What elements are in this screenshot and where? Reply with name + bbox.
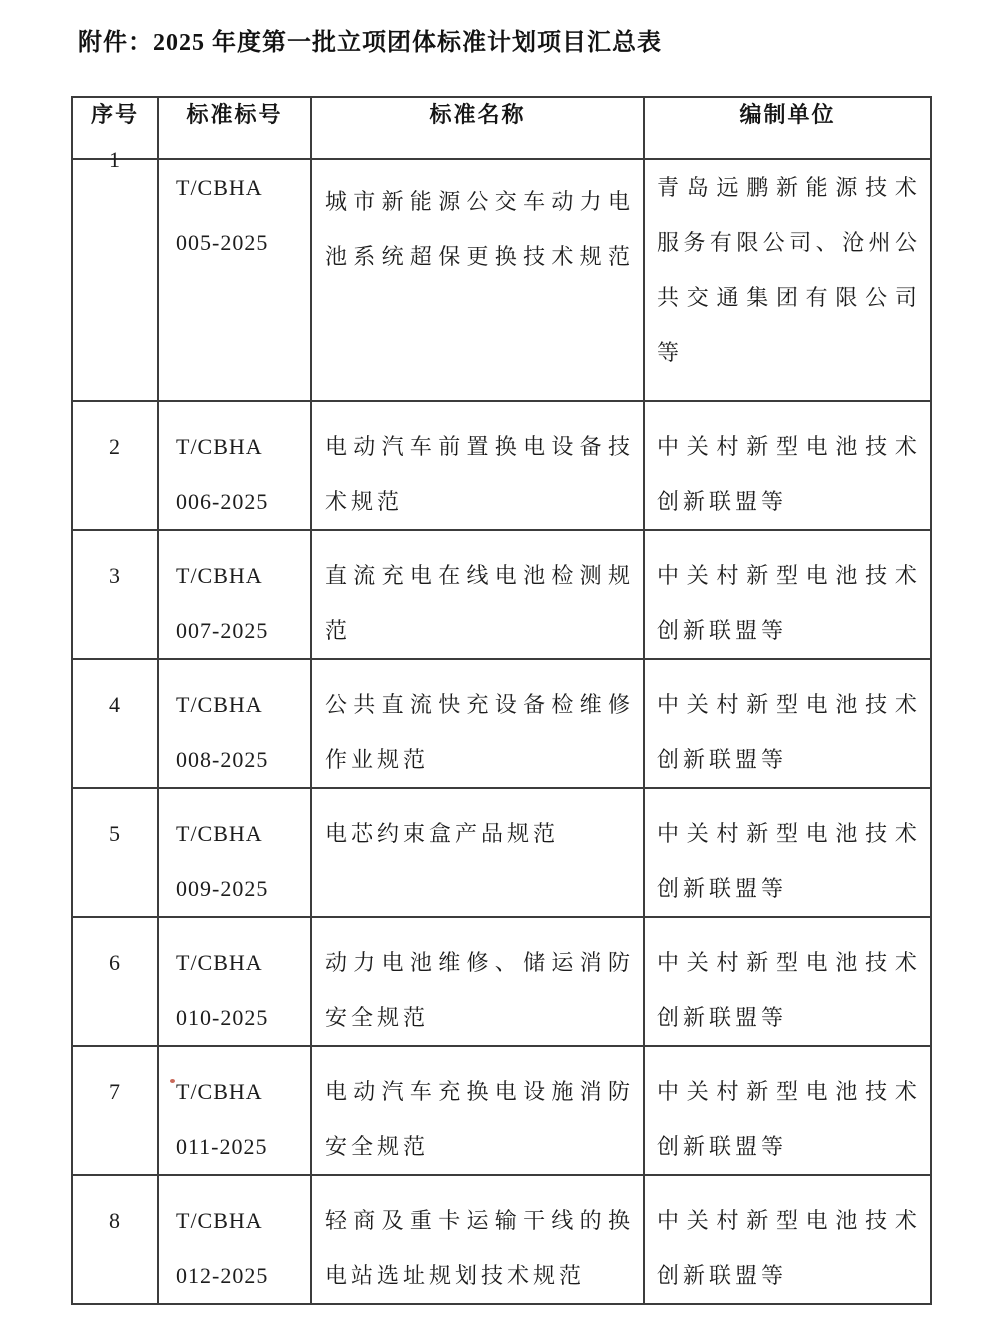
- cell-code: T/CBHA008-2025: [158, 659, 311, 788]
- cell-code: T/CBHA011-2025: [158, 1046, 311, 1175]
- cell-text-line: 中关村新型电池技术: [657, 1064, 917, 1119]
- cell-code: T/CBHA012-2025: [158, 1175, 311, 1304]
- cell-unit: 中关村新型电池技术创新联盟等: [644, 1046, 931, 1175]
- cell-text-line: 2: [109, 419, 121, 474]
- table-row: 3T/CBHA007-2025直流充电在线电池检测规范中关村新型电池技术创新联盟…: [72, 530, 931, 659]
- cell-text-line: 青岛远鹏新能源技术: [657, 160, 917, 215]
- header-drafting-unit: 编制单位: [644, 97, 931, 159]
- cell-text-line: T/CBHA: [176, 1193, 304, 1248]
- cell-text-line: 作业规范: [325, 732, 630, 787]
- table-row: 1T/CBHA005-2025城市新能源公交车动力电池系统超保更换技术规范青岛远…: [72, 159, 931, 401]
- table-header-row: 序号 标准标号 标准名称 编制单位: [72, 97, 931, 159]
- scan-artifact-dot: [170, 1079, 175, 1083]
- header-standard-name: 标准名称: [311, 97, 644, 159]
- header-standard-code: 标准标号: [158, 97, 311, 159]
- cell-text-line: 010-2025: [176, 990, 304, 1045]
- cell-text-line: 7: [109, 1064, 121, 1119]
- cell-no: 4: [72, 659, 158, 788]
- cell-text-line: 创新联盟等: [657, 861, 917, 916]
- document-title: 附件：2025 年度第一批立项团体标准计划项目汇总表: [78, 22, 662, 57]
- cell-text-line: T/CBHA: [176, 806, 304, 861]
- cell-text-line: 5: [109, 806, 121, 861]
- cell-text-line: 公共直流快充设备检维修: [325, 677, 630, 732]
- cell-unit: 中关村新型电池技术创新联盟等: [644, 788, 931, 917]
- cell-text-line: 中关村新型电池技术: [657, 935, 917, 990]
- cell-text-line: T/CBHA: [176, 1064, 304, 1119]
- cell-text-line: T/CBHA: [176, 677, 304, 732]
- table-row: 6T/CBHA010-2025动力电池维修、储运消防安全规范中关村新型电池技术创…: [72, 917, 931, 1046]
- cell-text-line: 005-2025: [176, 215, 304, 270]
- cell-text-line: 范: [325, 603, 630, 658]
- cell-text-line: 6: [109, 935, 121, 990]
- cell-text-line: T/CBHA: [176, 935, 304, 990]
- cell-text-line: 轻商及重卡运输干线的换: [325, 1193, 630, 1248]
- cell-name: 电芯约束盒产品规范: [311, 788, 644, 917]
- cell-text-line: 007-2025: [176, 603, 304, 658]
- cell-text-line: 中关村新型电池技术: [657, 419, 917, 474]
- cell-name: 动力电池维修、储运消防安全规范: [311, 917, 644, 1046]
- cell-text-line: 安全规范: [325, 990, 630, 1045]
- cell-name: 城市新能源公交车动力电池系统超保更换技术规范: [311, 159, 644, 401]
- cell-no: 1: [72, 159, 158, 401]
- cell-text-line: 创新联盟等: [657, 990, 917, 1045]
- cell-text-line: 中关村新型电池技术: [657, 1193, 917, 1248]
- cell-text-line: 创新联盟等: [657, 474, 917, 529]
- cell-name: 公共直流快充设备检维修作业规范: [311, 659, 644, 788]
- cell-text-line: 4: [109, 677, 121, 732]
- table-row: 4T/CBHA008-2025公共直流快充设备检维修作业规范中关村新型电池技术创…: [72, 659, 931, 788]
- cell-code: T/CBHA007-2025: [158, 530, 311, 659]
- cell-text-line: 3: [109, 548, 121, 603]
- table-row: 7T/CBHA011-2025电动汽车充换电设施消防安全规范中关村新型电池技术创…: [72, 1046, 931, 1175]
- cell-text-line: 8: [109, 1193, 121, 1248]
- table-row: 5T/CBHA009-2025电芯约束盒产品规范中关村新型电池技术创新联盟等: [72, 788, 931, 917]
- cell-text-line: 池系统超保更换技术规范: [325, 229, 630, 284]
- cell-text-line: 创新联盟等: [657, 603, 917, 658]
- cell-text-line: 中关村新型电池技术: [657, 548, 917, 603]
- cell-text-line: 创新联盟等: [657, 732, 917, 787]
- table-row: 8T/CBHA012-2025轻商及重卡运输干线的换电站选址规划技术规范中关村新…: [72, 1175, 931, 1304]
- cell-text-line: 006-2025: [176, 474, 304, 529]
- cell-text-line: 电站选址规划技术规范: [325, 1248, 630, 1303]
- cell-text-line: T/CBHA: [176, 160, 304, 215]
- cell-unit: 青岛远鹏新能源技术服务有限公司、沧州公共交通集团有限公司等: [644, 159, 931, 401]
- cell-no: 8: [72, 1175, 158, 1304]
- cell-code: T/CBHA006-2025: [158, 401, 311, 530]
- cell-code: T/CBHA009-2025: [158, 788, 311, 917]
- cell-text-line: 城市新能源公交车动力电: [325, 174, 630, 229]
- cell-text-line: 直流充电在线电池检测规: [325, 548, 630, 603]
- cell-unit: 中关村新型电池技术创新联盟等: [644, 401, 931, 530]
- cell-text-line: 术规范: [325, 474, 630, 529]
- cell-text-line: 创新联盟等: [657, 1119, 917, 1174]
- cell-text-line: 012-2025: [176, 1248, 304, 1303]
- cell-text-line: 电芯约束盒产品规范: [325, 806, 630, 861]
- cell-text-line: 共交通集团有限公司: [657, 270, 917, 325]
- cell-no: 2: [72, 401, 158, 530]
- table-row: 2T/CBHA006-2025电动汽车前置换电设备技术规范中关村新型电池技术创新…: [72, 401, 931, 530]
- cell-name: 直流充电在线电池检测规范: [311, 530, 644, 659]
- cell-text-line: 1: [109, 132, 121, 187]
- cell-text-line: 创新联盟等: [657, 1248, 917, 1303]
- cell-name: 电动汽车前置换电设备技术规范: [311, 401, 644, 530]
- cell-unit: 中关村新型电池技术创新联盟等: [644, 1175, 931, 1304]
- cell-unit: 中关村新型电池技术创新联盟等: [644, 659, 931, 788]
- cell-code: T/CBHA010-2025: [158, 917, 311, 1046]
- cell-name: 轻商及重卡运输干线的换电站选址规划技术规范: [311, 1175, 644, 1304]
- cell-no: 6: [72, 917, 158, 1046]
- cell-text-line: 中关村新型电池技术: [657, 677, 917, 732]
- cell-text-line: 动力电池维修、储运消防: [325, 935, 630, 990]
- cell-unit: 中关村新型电池技术创新联盟等: [644, 530, 931, 659]
- cell-text-line: 安全规范: [325, 1119, 630, 1174]
- cell-name: 电动汽车充换电设施消防安全规范: [311, 1046, 644, 1175]
- cell-text-line: 服务有限公司、沧州公: [657, 215, 917, 270]
- standards-summary-table: 序号 标准标号 标准名称 编制单位 1T/CBHA005-2025城市新能源公交…: [71, 96, 932, 1305]
- cell-text-line: 中关村新型电池技术: [657, 806, 917, 861]
- cell-text-line: 电动汽车充换电设施消防: [325, 1064, 630, 1119]
- cell-text-line: 011-2025: [176, 1119, 304, 1174]
- cell-no: 7: [72, 1046, 158, 1175]
- cell-unit: 中关村新型电池技术创新联盟等: [644, 917, 931, 1046]
- cell-text-line: T/CBHA: [176, 419, 304, 474]
- cell-no: 5: [72, 788, 158, 917]
- cell-code: T/CBHA005-2025: [158, 159, 311, 401]
- cell-text-line: 009-2025: [176, 861, 304, 916]
- cell-text-line: 电动汽车前置换电设备技: [325, 419, 630, 474]
- cell-text-line: 等: [657, 325, 917, 380]
- cell-no: 3: [72, 530, 158, 659]
- cell-text-line: T/CBHA: [176, 548, 304, 603]
- cell-text-line: 008-2025: [176, 732, 304, 787]
